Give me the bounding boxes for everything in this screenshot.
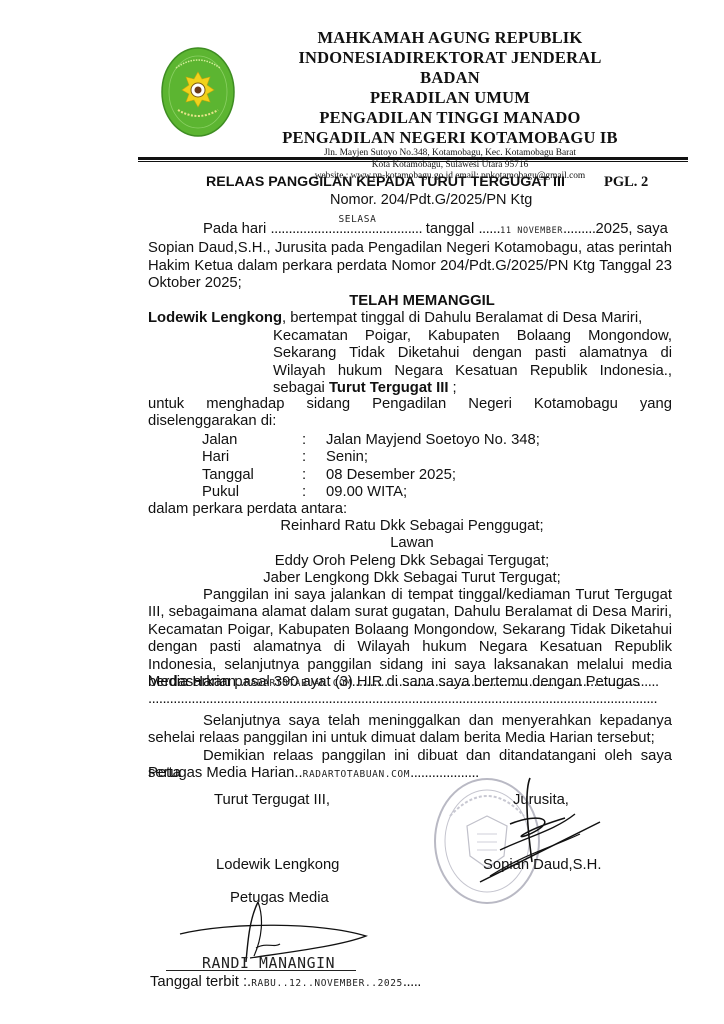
schedule-row-jalan: Jalan : Jalan Mayjend Soetoyo No. 348; xyxy=(202,432,540,449)
party-name: Lodewik Lengkong xyxy=(148,310,282,326)
dotted-line: ........................................… xyxy=(148,691,672,708)
party-role: Turut Tergugat III xyxy=(329,380,448,396)
letterhead-line-4: PENGADILAN TINGGI MANADO xyxy=(268,108,632,128)
left-signatory-name: Lodewik Lengkong xyxy=(216,857,339,873)
tanggal-handwritten: 11 NOVEMBER xyxy=(500,226,563,236)
letterhead-line-1: MAHKAMAH AGUNG REPUBLIK xyxy=(268,28,632,48)
left-signatory-role: Turut Tergugat III, xyxy=(214,792,330,808)
media-line: Media Harian..RADARTOTABUAN.COM.........… xyxy=(148,674,672,692)
schedule-label: Hari xyxy=(202,449,302,466)
closing-media-handwritten: RADARTOTABUAN.COM xyxy=(303,769,410,780)
schedule-colon: : xyxy=(302,432,326,449)
schedule-value: 08 Desember 2025; xyxy=(326,467,456,484)
party-plaintiff: Reinhard Ratu Dkk Sebagai Penggugat; xyxy=(150,518,674,535)
court-emblem-icon xyxy=(160,46,236,138)
party-first-line-text: , bertempat tinggal di Dahulu Beralamat … xyxy=(282,310,642,326)
letterhead-line-2: INDONESIADIREKTORAT JENDERAL BADAN xyxy=(268,48,632,88)
right-signatory-name: Sopian Daud,S.H. xyxy=(483,857,601,873)
jurusita-signature-icon xyxy=(470,772,610,892)
signature-underline xyxy=(166,970,356,971)
schedule-table: Jalan : Jalan Mayjend Soetoyo No. 348; H… xyxy=(202,432,540,502)
schedule-colon: : xyxy=(302,484,326,501)
tanggal-dots-post: ......... xyxy=(563,221,596,237)
schedule-label: Tanggal xyxy=(202,467,302,484)
tanggal-dots-pre: ...... xyxy=(478,221,500,237)
party-first-line: Lodewik Lengkong, bertempat tinggal di D… xyxy=(148,310,672,327)
party-role-tail: ; xyxy=(448,380,456,396)
opening-tail: 2025, saya xyxy=(596,221,668,237)
schedule-value: Jalan Mayjend Soetoyo No. 348; xyxy=(326,432,540,449)
hari-handwritten: SELASA xyxy=(338,211,376,228)
parties-list: Reinhard Ratu Dkk Sebagai Penggugat; Law… xyxy=(150,518,674,588)
tanggal-label: tanggal xyxy=(426,221,475,237)
schedule-value: Senin; xyxy=(326,449,368,466)
letterhead-divider xyxy=(138,157,688,160)
publish-date-dots: ..... xyxy=(403,974,421,990)
document-number: Nomor. 204/Pdt.G/2025/PN Ktg xyxy=(330,192,532,208)
media-handwritten: RADARTOTABUAN.COM xyxy=(244,678,351,689)
schedule-label: Jalan xyxy=(202,432,302,449)
schedule-row-pukul: Pukul : 09.00 WITA; xyxy=(202,484,540,501)
schedule-colon: : xyxy=(302,449,326,466)
schedule-value: 09.00 WITA; xyxy=(326,484,407,501)
publish-date-handwritten: RABU..12..NOVEMBER..2025 xyxy=(251,978,403,989)
party-defendant: Eddy Oroh Peleng Dkk Sebagai Tergugat; xyxy=(150,553,674,570)
party-address: Kecamatan Poigar, Kabupaten Bolaang Mong… xyxy=(273,328,672,398)
letterhead-line-3: PERADILAN UMUM xyxy=(268,88,632,108)
party-versus: Lawan xyxy=(150,535,674,552)
media-dots: ........................................… xyxy=(352,674,659,690)
schedule-label: Pukul xyxy=(202,484,302,501)
between-text: dalam perkara perdata antara: xyxy=(148,501,672,518)
purpose-text: untuk menghadap sidang Pengadilan Negeri… xyxy=(148,396,672,431)
publish-date-label: Tanggal terbit :. xyxy=(150,974,251,990)
schedule-row-hari: Hari : Senin; xyxy=(202,449,540,466)
document-page: MAHKAMAH AGUNG REPUBLIK INDONESIADIREKTO… xyxy=(0,0,724,1024)
schedule-colon: : xyxy=(302,467,326,484)
letterhead-divider-thin xyxy=(138,161,688,162)
followup-paragraph: Selanjutnya saya telah meninggalkan dan … xyxy=(148,713,672,748)
party-co-defendant: Jaber Lengkong Dkk Sebagai Turut Terguga… xyxy=(150,570,674,587)
schedule-row-tanggal: Tanggal : 08 Desember 2025; xyxy=(202,467,540,484)
letterhead-line-5: PENGADILAN NEGERI KOTAMOBAGU IB xyxy=(268,128,632,148)
pada-hari-label: Pada hari xyxy=(203,221,266,237)
document-title: RELAAS PANGGILAN KEPADA TURUT TERGUGAT I… xyxy=(206,174,565,190)
closing-media-label: Petugas Media Harian.. xyxy=(148,765,303,781)
media-label: Media Harian.. xyxy=(148,674,244,690)
section-heading: TELAH MEMANGGIL xyxy=(160,293,684,310)
opening-rest: Sopian Daud,S.H., Jurusita pada Pengadil… xyxy=(148,240,672,292)
publish-date-line: Tanggal terbit :.RABU..12..NOVEMBER..202… xyxy=(150,974,421,990)
document-code: PGL. 2 xyxy=(604,174,648,191)
opening-paragraph: Pada hari ..............................… xyxy=(148,221,672,293)
